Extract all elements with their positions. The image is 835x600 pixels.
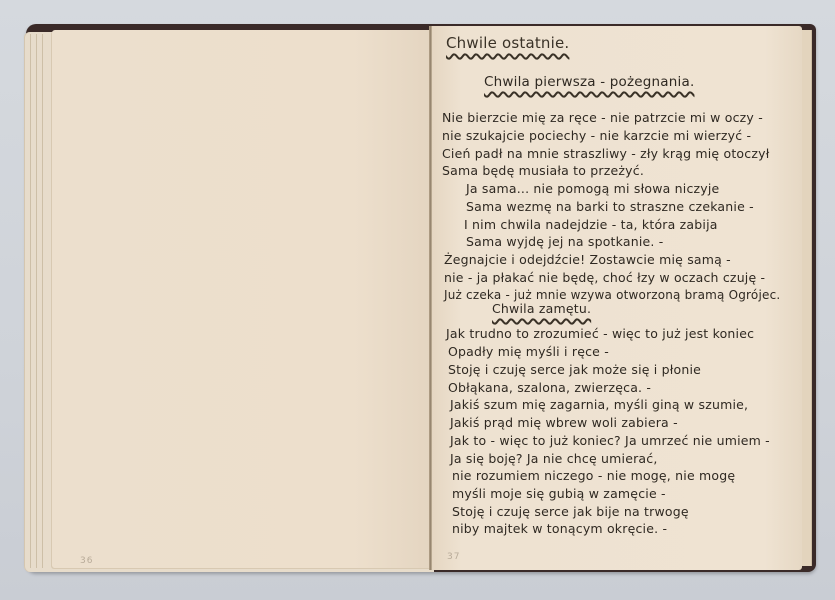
poem-line: Opadły mię myśli i ręce - bbox=[448, 344, 609, 359]
poem-line: Stoję i czuję serce jak bije na trwogę bbox=[452, 504, 689, 519]
right-page-number: 37 bbox=[447, 552, 460, 562]
poem-line: Obłąkana, szalona, zwierzęca. - bbox=[448, 380, 651, 395]
book-gutter bbox=[429, 26, 432, 570]
page-edge bbox=[42, 34, 43, 568]
poem-line: Nie bierzcie mię za ręce - nie patrzcie … bbox=[442, 110, 763, 125]
poem-line: Jak trudno to zrozumieć - więc to już je… bbox=[446, 326, 754, 341]
poem-line: Jak to - więc to już koniec? Ja umrzeć n… bbox=[450, 433, 770, 448]
poem-line: nie - ja płakać nie będę, choć łzy w ocz… bbox=[444, 270, 765, 285]
poem-line: Sama wezmę na barki to straszne czekanie… bbox=[466, 199, 754, 214]
poem-line: Cień padł na mnie straszliwy - zły krąg … bbox=[442, 146, 769, 161]
poem-line: niby majtek w tonącym okręcie. - bbox=[452, 521, 667, 536]
poem-line: nie szukajcie pociechy - nie karzcie mi … bbox=[442, 128, 751, 143]
poem-line: Ja się boję? Ja nie chcę umierać, bbox=[450, 451, 658, 466]
poem-line: nie rozumiem niczego - nie mogę, nie mog… bbox=[452, 468, 735, 483]
section-heading: Chwila pierwsza - pożegnania. bbox=[484, 74, 694, 90]
left-page bbox=[52, 30, 430, 568]
poem-line: Sama będę musiała to przeżyć. bbox=[442, 163, 644, 178]
poem-line: Stoję i czuję serce jak może się i płoni… bbox=[448, 362, 701, 377]
poem-line: myśli moje się gubią w zamęcie - bbox=[452, 486, 666, 501]
poem-line: Już czeka - już mnie wzywa otworzoną bra… bbox=[444, 288, 780, 302]
page-title: Chwile ostatnie. bbox=[446, 34, 569, 52]
poem-line: Żegnajcie i odejdźcie! Zostawcie mię sam… bbox=[444, 252, 731, 267]
poem-line: Sama wyjdę jej na spotkanie. - bbox=[466, 234, 663, 249]
poem-line: Jakiś szum mię zagarnia, myśli giną w sz… bbox=[450, 397, 748, 412]
left-page-number: 36 bbox=[80, 556, 93, 566]
page-edge bbox=[30, 34, 31, 568]
section-heading: Chwila zamętu. bbox=[492, 301, 591, 316]
page-edge bbox=[36, 34, 37, 568]
poem-line: Ja sama... nie pomogą mi słowa niczyje bbox=[466, 181, 719, 196]
poem-line: I nim chwila nadejdzie - ta, która zabij… bbox=[464, 217, 718, 232]
poem-line: Jakiś prąd mię wbrew woli zabiera - bbox=[450, 415, 678, 430]
